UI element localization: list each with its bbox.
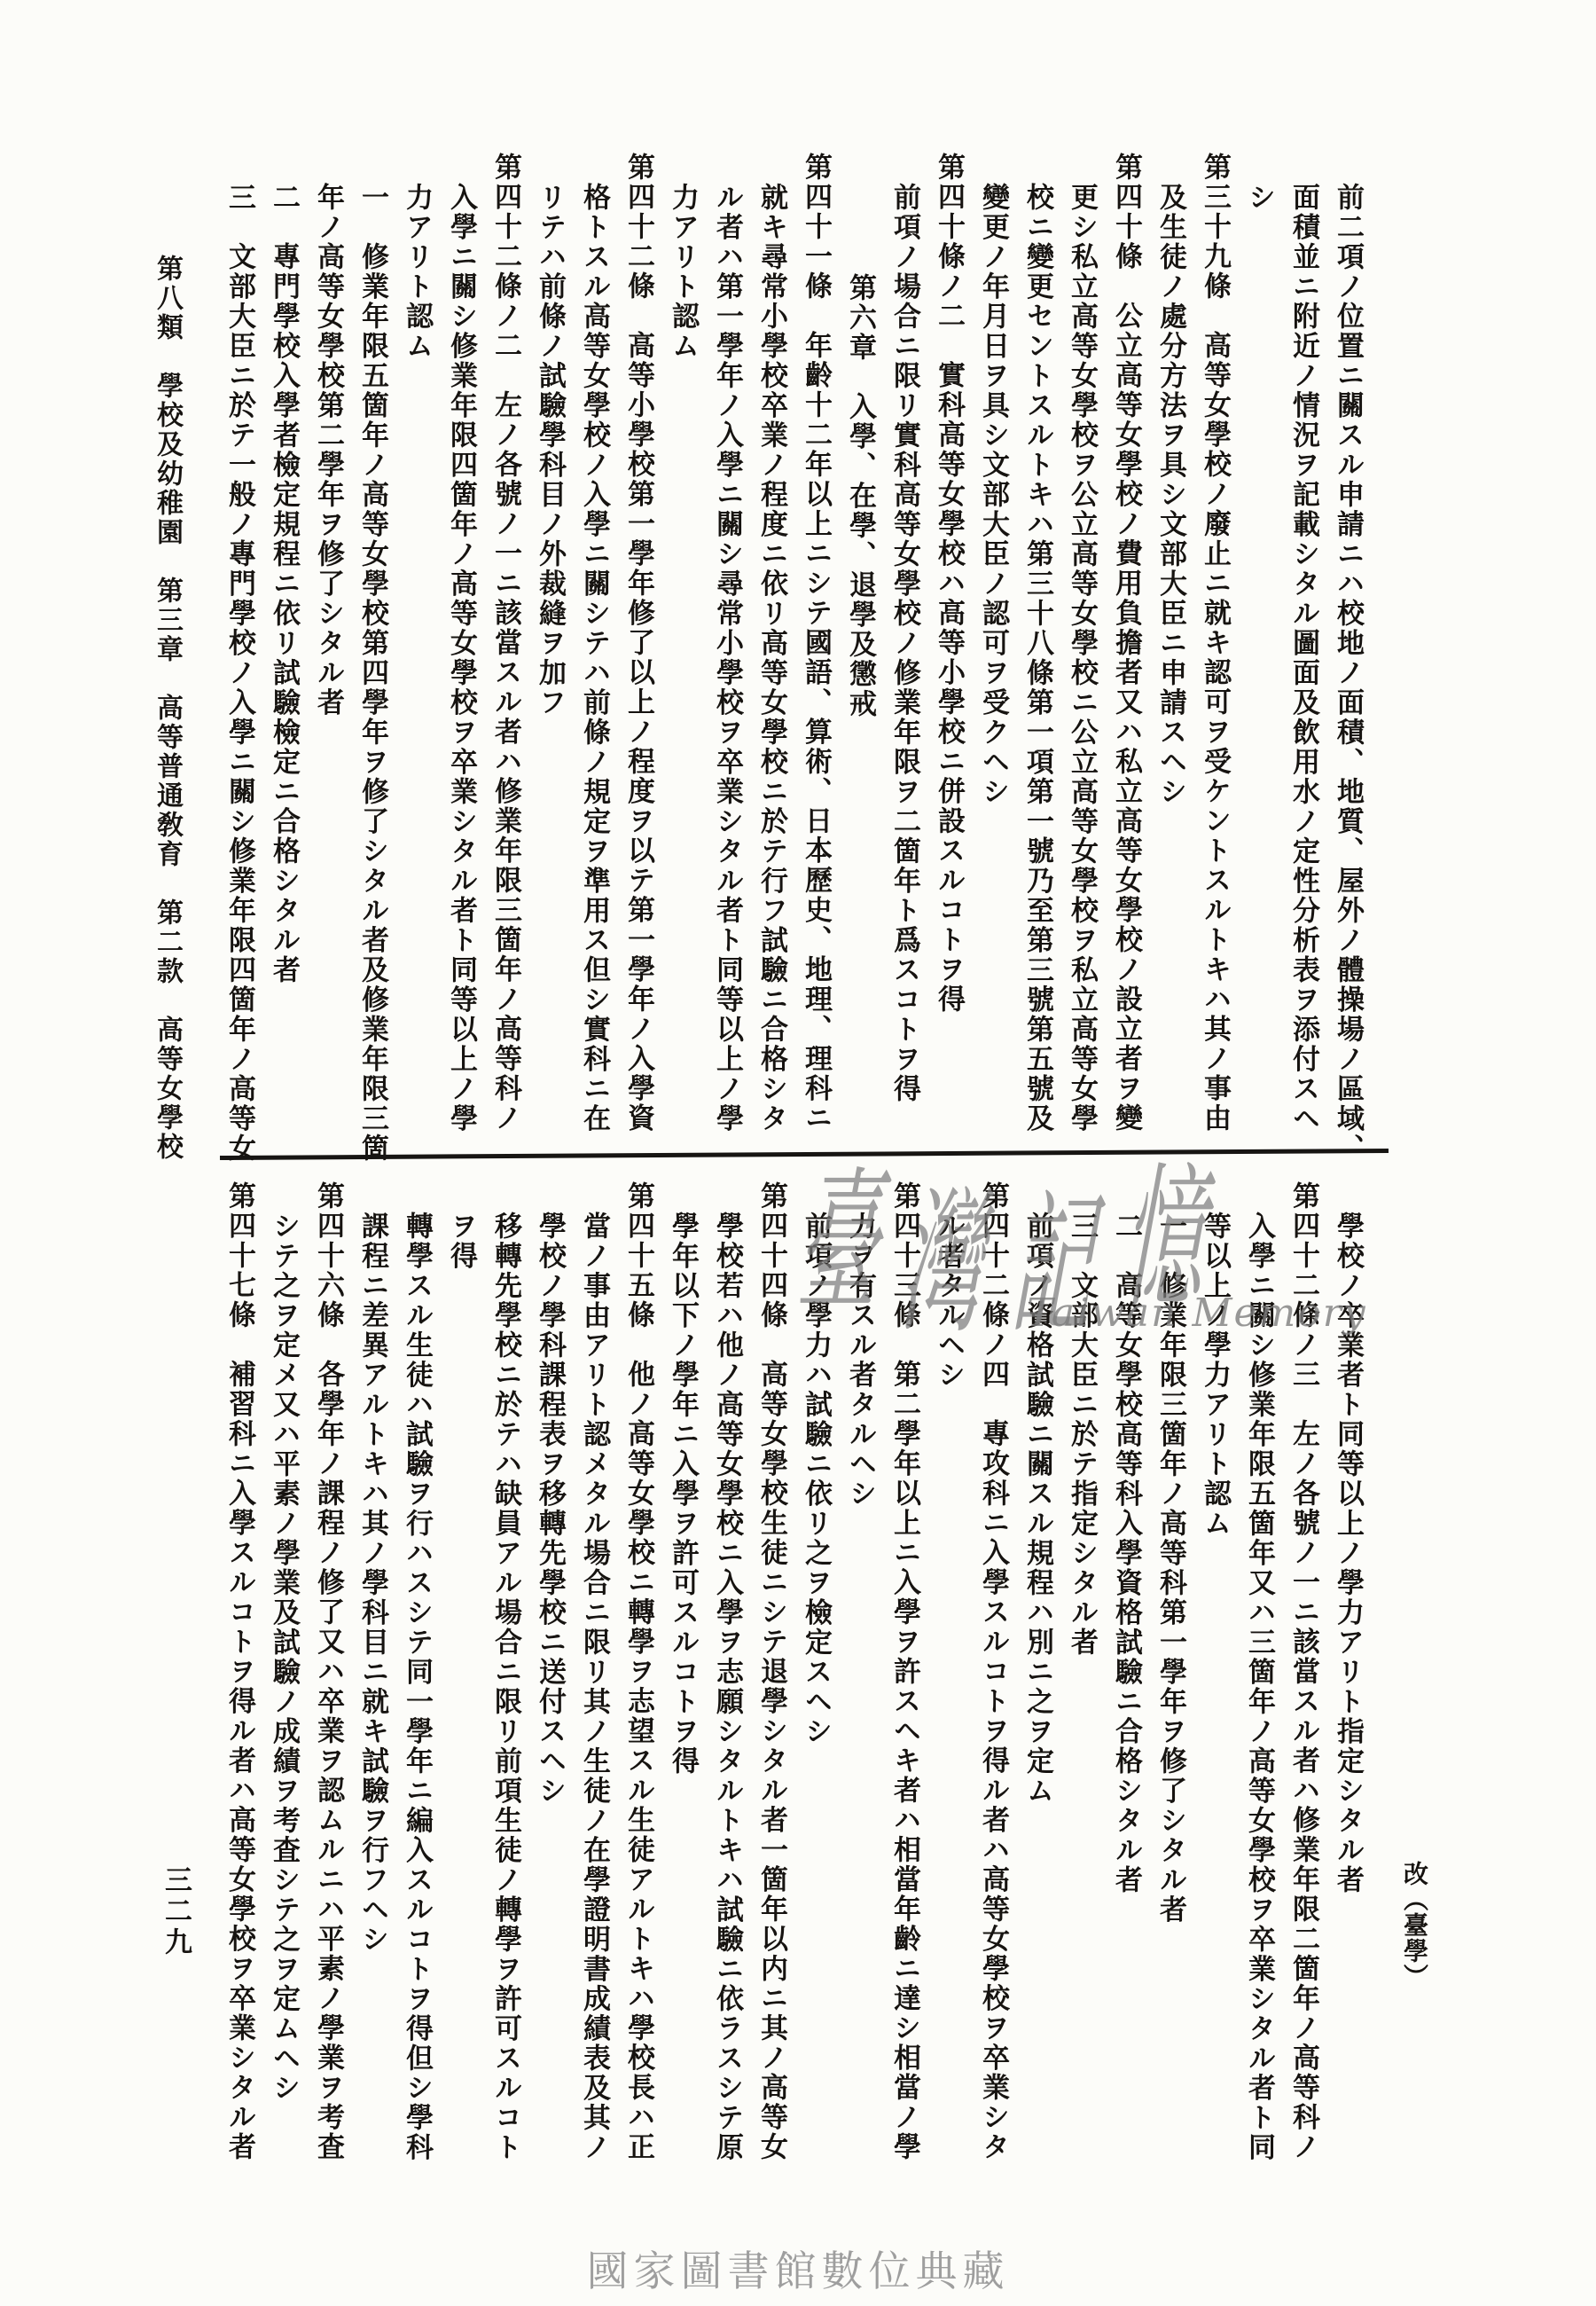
text-column: 變更ノ年月日ヲ具シ文部大臣ノ認可ヲ受クヘシ — [971, 153, 1015, 1186]
text-column: 轉學スル生徒ハ試驗ヲ行ハスシテ同一學年ニ編入スルコトヲ得但シ學科 — [395, 1181, 439, 2223]
text-column: 入學ニ關シ修業年限五箇年又ハ三箇年ノ高等女學校ヲ卒業シタル者ト同 — [1237, 1181, 1281, 2223]
text-column: 當ノ事由アリト認メタル場合ニ限リ其ノ生徒ノ在學證明書成績表及其ノ — [572, 1181, 616, 2223]
text-column: 力アリト認ム — [395, 153, 439, 1186]
text-column: 三 文部大臣ニ於テ一般ノ專門學校ノ入學ニ關シ修業年限四箇年ノ高等女 — [217, 153, 262, 1186]
text-column: 第四十二條ノ三 左ノ各號ノ一ニ該當スル者ハ修業年限二箇年ノ高等科ノ — [1281, 1181, 1326, 2192]
text-column: 二 專門學校入學者檢定規程ニ依リ試驗檢定ニ合格シタル者 — [262, 153, 306, 1186]
text-column: シ — [1237, 153, 1281, 1186]
text-column: 一 修業年限五箇年ノ高等女學校第四學年ヲ修了シタル者及修業年限三箇 — [350, 153, 395, 1186]
text-column: 等以上ノ學力アリト認ム — [1193, 1181, 1237, 2223]
text-column: シテ之ヲ定メ又ハ平素ノ學業及試驗ノ成績ヲ考査シテ之ヲ定ムヘシ — [262, 1181, 306, 2223]
scanned-document-page: 前二項ノ位置ニ關スル申請ニハ校地ノ面積、地質、屋外ノ體操場ノ區域、面積並ニ附近ノ… — [0, 0, 1596, 2306]
text-column: 更シ私立高等女學校ヲ公立高等女學校ニ公立高等女學校ヲ私立高等女學 — [1060, 153, 1104, 1186]
text-column: 及生徒ノ處分方法ヲ具シ文部大臣ニ申請スヘシ — [1148, 153, 1193, 1186]
edition-mark: 改（臺學） — [1396, 1861, 1433, 1989]
text-column: 第四十條 公立高等女學校ノ費用負擔者又ハ私立高等女學校ノ設立者ヲ變 — [1104, 153, 1148, 1156]
text-column: リテハ前條ノ試驗學科目ノ外裁縫ヲ加フ — [528, 153, 572, 1186]
text-column: 二 高等女學校高等科入學資格試驗ニ合格シタル者 — [1104, 1181, 1148, 2223]
text-column: 前二項ノ位置ニ關スル申請ニハ校地ノ面積、地質、屋外ノ體操場ノ區域、 — [1326, 153, 1370, 1186]
text-column: 學年以下ノ學年ニ入學ヲ許可スルコトヲ得 — [661, 1181, 705, 2223]
text-column: 前項ノ資格試驗ニ關スル規程ハ別ニ之ヲ定ム — [1015, 1181, 1060, 2223]
text-column: 第四十五條 他ノ高等女學校ニ轉學ヲ志望スル生徒アルトキハ學校長ハ正 — [616, 1181, 661, 2192]
digital-archive-footer-label: 國家圖書館數位典藏 — [587, 2239, 1010, 2298]
text-column: 三 文部大臣ニ於テ指定シタル者 — [1060, 1181, 1104, 2223]
lower-text-tier: 學校ノ卒業者ト同等以上ノ學力アリト指定シタル者第四十二條ノ三 左ノ各號ノ一ニ該當… — [217, 1181, 1370, 2192]
text-column: 力アリト認ム — [661, 153, 705, 1186]
page-number: 三二九 — [156, 1865, 196, 1958]
text-column: 學校ノ卒業者ト同等以上ノ學力アリト指定シタル者 — [1326, 1181, 1370, 2223]
text-column: ル者タルヘシ — [927, 1181, 971, 2223]
text-column: 校ニ變更セントスルトキハ第三十八條第一項第一號乃至第三號第五號及 — [1015, 153, 1060, 1186]
text-column: 前項ノ場合ニ限リ實科高等女學校ノ修業年限ヲ二箇年ト爲スコトヲ得 — [882, 153, 927, 1186]
text-column: ル者ハ第一學年ノ入學ニ關シ尋常小學校ヲ卒業シタル者ト同等以上ノ學 — [705, 153, 749, 1186]
text-column: 第四十一條 年齡十二年以上ニシテ國語、算術、日本歷史、地理、理科ニ — [794, 153, 838, 1156]
text-column: 第四十二條 高等小學校第一學年修了以上ノ程度ヲ以テ第一學年ノ入學資 — [616, 153, 661, 1156]
text-column: 一 修業年限三箇年ノ高等科第一學年ヲ修了シタル者 — [1148, 1181, 1193, 2223]
text-column: 第四十六條 各學年ノ課程ノ修了又ハ卒業ヲ認ムルニハ平素ノ學業ヲ考査 — [306, 1181, 350, 2192]
text-column: 第四十七條 補習科ニ入學スルコトヲ得ル者ハ高等女學校ヲ卒業シタル者 — [217, 1181, 262, 2192]
text-column: 第四十三條 第二學年以上ニ入學ヲ許スヘキ者ハ相當年齡ニ達シ相當ノ學 — [882, 1181, 927, 2192]
text-column: 第四十二條ノ四 專攻科ニ入學スルコトヲ得ル者ハ高等女學校ヲ卒業シタ — [971, 1181, 1015, 2192]
text-column: 移轉先學校ニ於テハ缺員アル場合ニ限リ前項生徒ノ轉學ヲ許可スルコト — [483, 1181, 528, 2223]
text-column: 力ヲ有スル者タルヘシ — [838, 1181, 882, 2223]
text-column: 課程ニ差異アルトキハ其ノ學科目ニ就キ試驗ヲ行フヘシ — [350, 1181, 395, 2223]
text-column: 年ノ高等女學校第二學年ヲ修了シタル者 — [306, 153, 350, 1186]
text-column: 學校ノ學科課程表ヲ移轉先學校ニ送付スヘシ — [528, 1181, 572, 2223]
text-column: 前項ノ學力ハ試驗ニ依リ之ヲ檢定スヘシ — [794, 1181, 838, 2223]
text-column: 就キ尋常小學校卒業ノ程度ニ依リ高等女學校ニ於テ行フ試驗ニ合格シタ — [749, 153, 794, 1186]
text-column: ヲ得 — [439, 1181, 483, 2223]
text-column: 第六章 入學、在學、退學及懲戒 — [838, 153, 882, 1276]
upper-text-tier: 前二項ノ位置ニ關スル申請ニハ校地ノ面積、地質、屋外ノ體操場ノ區域、面積並ニ附近ノ… — [217, 153, 1370, 1156]
text-column: 面積並ニ附近ノ情況ヲ記載シタル圖面及飲用水ノ定性分析表ヲ添付スヘ — [1281, 153, 1326, 1186]
margin-section-header: 第八類 學校及幼稚園 第三章 高等普通敎育 第二款 高等女學校 — [145, 255, 189, 1162]
text-column: 第四十條ノ二 實科高等女學校ハ高等小學校ニ併設スルコトヲ得 — [927, 153, 971, 1156]
text-column: 第四十二條ノ二 左ノ各號ノ一ニ該當スル者ハ修業年限三箇年ノ高等科ノ — [483, 153, 528, 1156]
text-column: 第三十九條 高等女學校ノ廢止ニ就キ認可ヲ受ケントスルトキハ其ノ事由 — [1193, 153, 1237, 1156]
text-column: 學校若ハ他ノ高等女學校ニ入學ヲ志願シタルトキハ試驗ニ依ラスシテ原 — [705, 1181, 749, 2223]
text-column: 格トスル高等女學校ノ入學ニ關シテハ前條ノ規定ヲ準用ス但シ實科ニ在 — [572, 153, 616, 1186]
text-column: 入學ニ關シ修業年限四箇年ノ高等女學校ヲ卒業シタル者ト同等以上ノ學 — [439, 153, 483, 1186]
text-column: 第四十四條 高等女學校生徒ニシテ退學シタル者一箇年以内ニ其ノ高等女 — [749, 1181, 794, 2192]
